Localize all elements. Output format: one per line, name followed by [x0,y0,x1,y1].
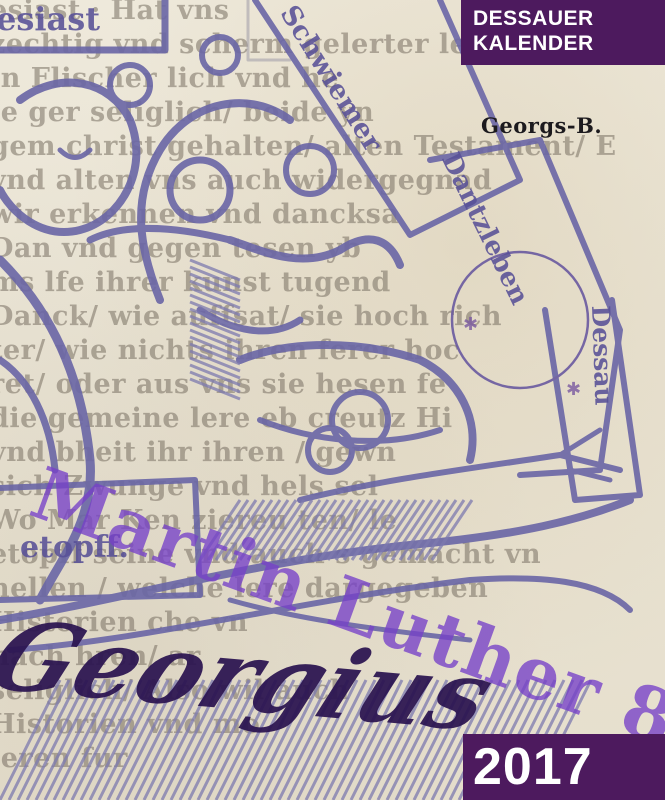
calendar-title-box: DESSAUER KALENDER [461,0,665,65]
year-label: 2017 [473,738,665,796]
year-box: 2017 [463,734,665,800]
svg-text:✱: ✱ [566,379,581,400]
title-line-2: KALENDER [473,31,665,56]
typewritten-name: Georgs-B. [481,113,602,138]
svg-text:✱: ✱ [463,314,478,335]
stamp-fragment-vertical: Dessau [586,305,618,406]
title-line-1: DESSAUER [473,6,665,31]
calendar-cover: esiast · Hat vns zechtig vnd scherm gele… [0,0,665,800]
stamp-fragment-top-left: esiast [0,0,100,38]
